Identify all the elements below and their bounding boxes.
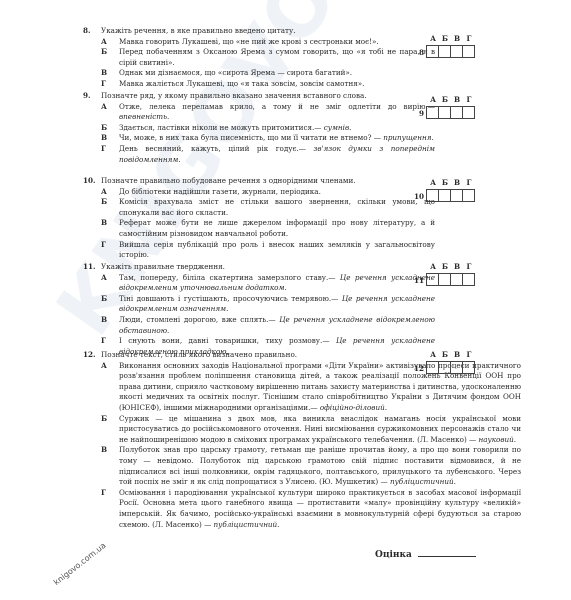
option-text: Чи, може, в них така була писемність, що… (119, 133, 435, 144)
option-text: Вийшла серія публікацій про роль і внесо… (119, 240, 435, 261)
question-prompt: 11.Укажіть правильне твердження. (83, 262, 435, 273)
option-letter: В (83, 445, 119, 487)
option-letter: А (83, 187, 119, 198)
question-8: 8.Укажіть речення, в яке правильно введе… (83, 26, 435, 90)
answer-grid-letter: Г (463, 95, 475, 104)
option-text: Однак ми дізнаємося, що «сирота Ярема — … (119, 68, 435, 79)
option-letter: Г (83, 488, 119, 530)
option-letter: Г (83, 144, 119, 165)
question-text: Укажіть правильне твердження. (101, 262, 435, 273)
grade-field: Оцінка (375, 548, 476, 560)
option-note: науковий. (479, 435, 517, 444)
answer-grid-letter: В (451, 95, 463, 104)
question-number: 12. (83, 350, 101, 361)
option-note: впевненість. (119, 112, 169, 121)
answer-cell[interactable] (463, 190, 474, 201)
question-text: Позначте ряд, у якому правильно вказано … (101, 91, 435, 102)
answer-grid-letter: А (427, 350, 439, 359)
answer-option: БПеред побаченням з Оксаною Ярема з сумо… (83, 47, 435, 68)
option-letter: Б (83, 47, 119, 68)
answer-grid-letter: Б (439, 350, 451, 359)
option-text: Перед побаченням з Оксаною Ярема з сумом… (119, 47, 435, 68)
question-number: 9. (83, 91, 101, 102)
question-12: 12.Позначте текст, стиль якого визначено… (83, 350, 521, 530)
option-note: сумнів. (324, 123, 352, 132)
question-number: 10. (83, 176, 101, 187)
question-11: 11.Укажіть правильне твердження.АТам, по… (83, 262, 435, 357)
answer-grid-letter: В (451, 34, 463, 43)
answer-cell[interactable] (451, 190, 463, 201)
answer-grid-letter: Г (463, 34, 475, 43)
answer-option: ВЧи, може, в них така була писемність, щ… (83, 133, 435, 144)
option-letter: Г (83, 240, 119, 261)
question-number: 8. (83, 26, 101, 37)
option-note: зв'язок думки з попереднім повідомленням… (119, 144, 435, 164)
option-letter: В (83, 133, 119, 144)
option-text: Реферат може бути не лише джерелом інфор… (119, 218, 435, 239)
option-letter: Б (83, 197, 119, 218)
grade-blank[interactable] (418, 548, 476, 557)
answer-cell[interactable] (439, 107, 451, 118)
answer-grid-number: 10 (404, 192, 424, 201)
answer-option: БТіні довшають і густішають, просочуючис… (83, 294, 435, 315)
question-prompt: 10.Позначте правильно побудоване речення… (83, 176, 435, 187)
answer-cells (426, 273, 475, 286)
option-text: Тіні довшають і густішають, просочуючись… (119, 294, 435, 315)
test-page: KNIGOVO.ORG.UA 8.Укажіть речення, в яке … (0, 0, 571, 600)
option-letter: В (83, 315, 119, 336)
option-text: Здається, ластівки ніколи не можуть прит… (119, 123, 435, 134)
answer-grid-letter: В (451, 178, 463, 187)
option-text: Комісія врахувала зміст не стільки вашог… (119, 197, 435, 218)
option-note: публіцистичний. (214, 520, 280, 529)
question-text: Позначте правильно побудоване речення з … (101, 176, 435, 187)
option-text: Мавка говорить Лукашеві, що «не пий же к… (119, 37, 435, 48)
option-text: Осміювання і пародіювання української ку… (119, 488, 521, 530)
answer-cell[interactable] (427, 190, 439, 201)
option-text: Полуботок знав про царську грамоту, геть… (119, 445, 521, 487)
answer-cell[interactable] (427, 46, 439, 57)
answer-cells (426, 106, 475, 119)
option-letter: А (83, 102, 119, 123)
option-letter: А (83, 273, 119, 294)
answer-cell[interactable] (427, 107, 439, 118)
answer-grid-header: АБВГ (427, 34, 475, 43)
answer-cells (426, 45, 475, 58)
question-prompt: 9.Позначте ряд, у якому правильно вказан… (83, 91, 435, 102)
question-number: 11. (83, 262, 101, 273)
answer-grid-letter: Б (439, 178, 451, 187)
option-letter: Г (83, 79, 119, 90)
answer-grid-letter: Б (439, 262, 451, 271)
answer-cells (426, 361, 475, 374)
answer-grid-letter: Г (463, 262, 475, 271)
option-letter: Б (83, 123, 119, 134)
answer-option: ГОсміювання і пародіювання української к… (83, 488, 521, 530)
option-text: Отже, лелека переламав крило, а тому й н… (119, 102, 435, 123)
answer-option: ВРеферат може бути не лише джерелом інфо… (83, 218, 435, 239)
answer-cell[interactable] (439, 274, 451, 285)
answer-option: АМавка говорить Лукашеві, що «не пий же … (83, 37, 435, 48)
answer-cell[interactable] (451, 46, 463, 57)
answer-cell[interactable] (439, 362, 451, 373)
answer-grid-number: 11 (404, 276, 424, 285)
question-9: 9.Позначте ряд, у якому правильно вказан… (83, 91, 435, 165)
answer-cell[interactable] (463, 362, 474, 373)
answer-grid-letter: Г (463, 350, 475, 359)
answer-cell[interactable] (427, 274, 439, 285)
answer-option: ГВийшла серія публікацій про роль і внес… (83, 240, 435, 261)
option-text: День весняний, кажуть, цілий рік годує.—… (119, 144, 435, 165)
answer-grid-letter: В (451, 262, 463, 271)
answer-cell[interactable] (439, 46, 451, 57)
answer-cell[interactable] (427, 362, 439, 373)
option-note: Це речення ускладнене відокремленим уточ… (119, 273, 435, 293)
answer-cell[interactable] (463, 46, 474, 57)
option-letter: Б (83, 294, 119, 315)
question-text: Укажіть речення, в яке правильно введено… (101, 26, 435, 37)
option-text: Там, попереду, біліла скатертина замерзл… (119, 273, 435, 294)
answer-grid-header: АБВГ (427, 95, 475, 104)
question-prompt: 8.Укажіть речення, в яке правильно введе… (83, 26, 435, 37)
option-letter: А (83, 361, 119, 414)
site-watermark: knigovo.com.ua (52, 541, 108, 587)
answer-option: БЗдається, ластівки ніколи не можуть при… (83, 123, 435, 134)
answer-grid-letter: Б (439, 95, 451, 104)
answer-grid-number: 8 (404, 48, 424, 57)
answer-option: БСуржик — це мішанина з двох мов, яка ви… (83, 414, 521, 446)
answer-option: АДо бібліотеки надійшли газети, журнали,… (83, 187, 435, 198)
answer-grid-header: АБВГ (427, 262, 475, 271)
option-text: Мавка жаліється Лукашеві, що «я така зов… (119, 79, 435, 90)
option-letter: А (83, 37, 119, 48)
answer-option: ГДень весняний, кажуть, цілий рік годує.… (83, 144, 435, 165)
option-note: Це речення ускладнене відокремленою обст… (119, 315, 435, 335)
answer-cell[interactable] (451, 107, 463, 118)
answer-option: АТам, попереду, біліла скатертина замерз… (83, 273, 435, 294)
option-note: публіцистичний. (390, 477, 456, 486)
answer-cell[interactable] (451, 274, 463, 285)
answer-grid-letter: А (427, 262, 439, 271)
answer-cell[interactable] (463, 107, 474, 118)
answer-option: ГМавка жаліється Лукашеві, що «я така зо… (83, 79, 435, 90)
answer-cell[interactable] (451, 362, 463, 373)
answer-grid-letter: В (451, 350, 463, 359)
answer-option: ВОднак ми дізнаємося, що «сирота Ярема —… (83, 68, 435, 79)
answer-cells (426, 189, 475, 202)
answer-grid-number: 12 (404, 364, 424, 373)
answer-option: АОтже, лелека переламав крило, а тому й … (83, 102, 435, 123)
option-text: Суржик — це мішанина з двох мов, яка вин… (119, 414, 521, 446)
answer-grid-letter: Б (439, 34, 451, 43)
option-text: Люди, стомлені дорогою, вже сплять.— Це … (119, 315, 435, 336)
option-letter: Б (83, 414, 119, 446)
answer-grid-number: 9 (404, 109, 424, 118)
answer-option: ВЛюди, стомлені дорогою, вже сплять.— Це… (83, 315, 435, 336)
option-note: припущення. (383, 133, 434, 142)
answer-option: ВПолуботок знав про царську грамоту, гет… (83, 445, 521, 487)
grade-label: Оцінка (375, 550, 412, 560)
option-letter: В (83, 68, 119, 79)
answer-cell[interactable] (439, 190, 451, 201)
option-note: Це речення ускладнене відокремленим озна… (119, 294, 435, 314)
answer-grid-letter: А (427, 95, 439, 104)
answer-cell[interactable] (463, 274, 474, 285)
option-note: офіційно-діловий. (320, 403, 387, 412)
option-letter: В (83, 218, 119, 239)
answer-option: БКомісія врахувала зміст не стільки вашо… (83, 197, 435, 218)
answer-grid-header: АБВГ (427, 350, 475, 359)
question-10: 10.Позначте правильно побудоване речення… (83, 176, 435, 261)
answer-grid-letter: А (427, 178, 439, 187)
answer-grid-letter: А (427, 34, 439, 43)
option-text: До бібліотеки надійшли газети, журнали, … (119, 187, 435, 198)
answer-grid-header: АБВГ (427, 178, 475, 187)
answer-grid-letter: Г (463, 178, 475, 187)
